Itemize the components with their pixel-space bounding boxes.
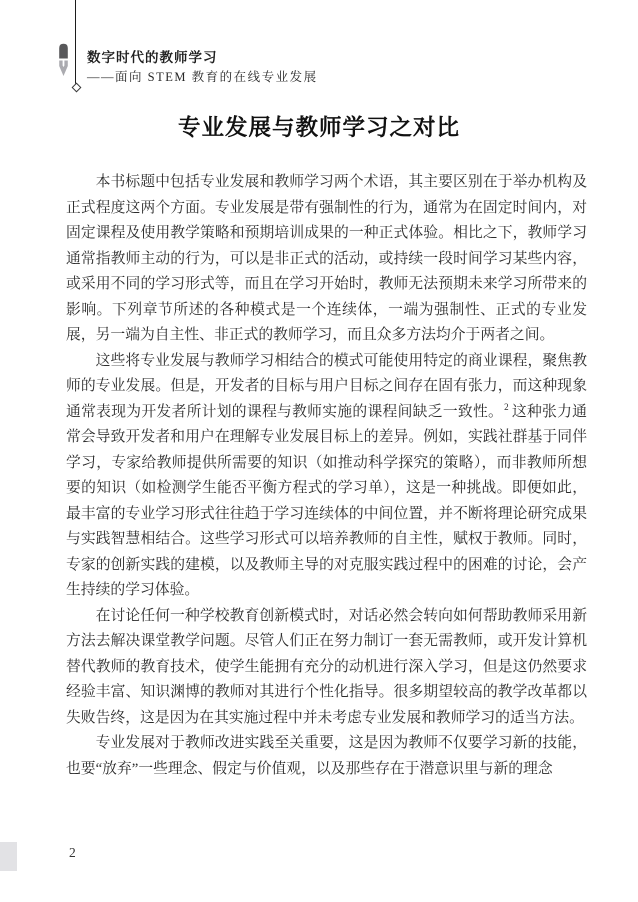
header-rule-diamond	[71, 83, 81, 93]
paragraph-4: 专业发展对于教师改进实践至关重要，这是因为教师不仅要学习新的技能，也要“放弃”一…	[66, 731, 587, 782]
paragraph-2-text-after: 这种张力通常会导致开发者和用户在理解专业发展目标上的差异。例如，实践社群基于同伴…	[66, 404, 587, 599]
book-page: 数字时代的教师学习 ——面向 STEM 教育的在线专业发展 专业发展与教师学习之…	[0, 0, 638, 902]
running-head-book-title: 数字时代的教师学习	[87, 46, 218, 66]
footnote-reference: 2	[504, 402, 509, 412]
running-head-book-subtitle: ——面向 STEM 教育的在线专业发展	[87, 67, 318, 85]
page-number: 2	[69, 845, 76, 861]
paragraph-1: 本书标题中包括专业发展和教师学习两个术语，其主要区别在于举办机构及正式程度这两个…	[66, 170, 587, 349]
paragraph-3: 在讨论任何一种学校教育创新模式时，对话必然会转向如何帮助教师采用新方法去解决课堂…	[66, 604, 587, 732]
pen-icon	[56, 42, 71, 78]
paragraph-2: 这些将专业发展与教师学习相结合的模式可能使用特定的商业课程，聚焦教师的专业发展。…	[66, 349, 587, 604]
body-text: 本书标题中包括专业发展和教师学习两个术语，其主要区别在于举办机构及正式程度这两个…	[66, 170, 587, 782]
pen-body-shape	[59, 44, 68, 59]
page-edge-tab	[0, 842, 17, 871]
section-title: 专业发展与教师学习之对比	[0, 114, 638, 141]
header-vertical-rule	[75, 0, 76, 84]
